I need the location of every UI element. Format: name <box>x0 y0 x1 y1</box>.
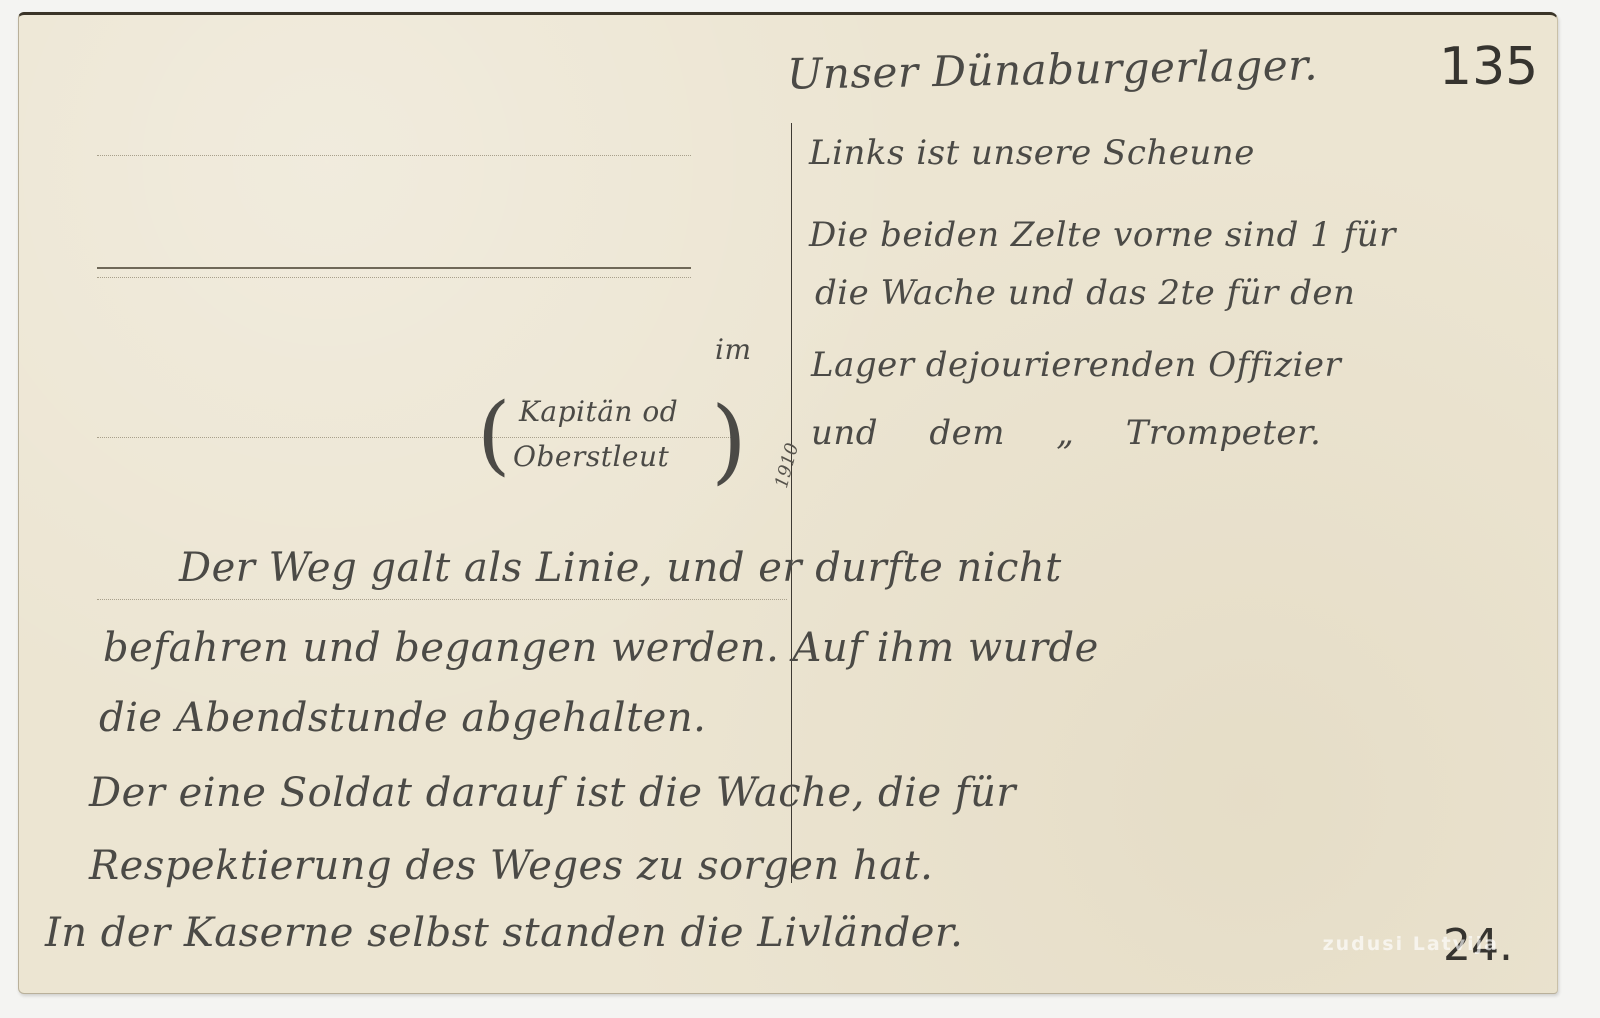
watermark: zudusi Latvija <box>1323 933 1499 955</box>
right-line-2: Die beiden Zelte vorne sind 1 für <box>809 215 1396 255</box>
parenthetical-line-1: Kapitän od <box>519 395 678 428</box>
note-im: im <box>715 333 752 366</box>
body-line-4: Der eine Soldat darauf ist die Wache, di… <box>89 770 1016 816</box>
postcard-back: Unser Dünaburgerlager. 135 Links ist uns… <box>18 12 1558 994</box>
right-line-1: Links ist unsere Scheune <box>809 133 1255 173</box>
center-divider <box>791 123 792 883</box>
postcard-title: Unser Dünaburgerlager. <box>787 40 1319 98</box>
address-line-4 <box>97 599 787 600</box>
address-line-3 <box>97 437 737 438</box>
vertical-date-note: 1910 <box>771 441 803 491</box>
address-line-2-solid <box>97 267 691 269</box>
body-line-2: befahren und begangen werden. Auf ihm wu… <box>103 625 1099 671</box>
right-line-3: die Wache und das 2te für den <box>815 273 1355 313</box>
parenthetical-line-2: Oberstleut <box>513 440 669 473</box>
address-line-1 <box>97 155 691 156</box>
right-line-4: Lager dejourierenden Offizier <box>811 345 1341 385</box>
page-number-top: 135 <box>1439 37 1538 97</box>
right-line-5: und dem „ Trompeter. <box>811 413 1321 453</box>
body-line-5: Respektierung des Weges zu sorgen hat. <box>89 843 933 889</box>
paren-close: ) <box>711 387 747 494</box>
body-line-6: In der Kaserne selbst standen die Livlän… <box>45 910 963 956</box>
paren-open: ( <box>477 385 511 485</box>
address-line-2-dotted <box>97 277 691 278</box>
body-line-1: Der Weg galt als Linie, und er durfte ni… <box>179 545 1062 591</box>
body-line-3: die Abendstunde abgehalten. <box>99 695 706 741</box>
